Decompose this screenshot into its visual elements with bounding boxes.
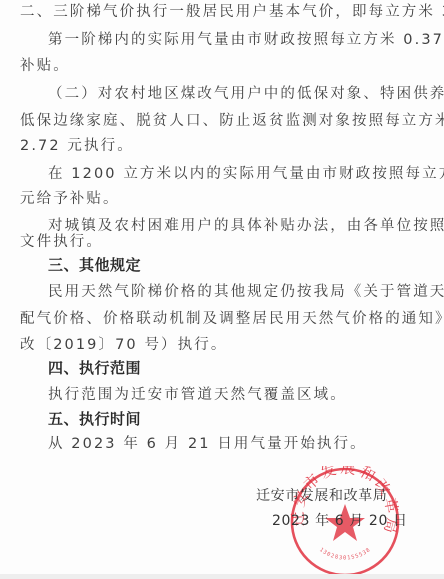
paragraph-line: 二、三阶梯气价执行一般居民用户基本气价，即每立方米 3.13 元。 xyxy=(20,3,430,21)
svg-text:1302830155538: 1302830155538 xyxy=(318,547,372,562)
section-heading-effective-date: 五、执行时间 xyxy=(48,410,141,428)
paragraph-line: （二）对农村地区煤改气用户中的低保对象、特困供养人员、 xyxy=(48,85,444,103)
paragraph-line: 执行范围为迁安市管道天然气覆盖区域。 xyxy=(48,386,444,404)
paragraph-line: 民用天然气阶梯价格的其他规定仍按我局《关于管道天然气 xyxy=(48,283,444,301)
paragraph-line: 改〔2019〕70 号）执行。 xyxy=(20,336,430,354)
paragraph-line: 第一阶梯内的实际用气量由市财政按照每立方米 0.37 元给予 xyxy=(48,31,444,49)
paragraph-line: 元给予补贴。 xyxy=(20,190,430,208)
signature-organization: 迁安市发展和改革局 xyxy=(256,487,426,505)
signature-date: 2023 年 6 月 20 日 xyxy=(272,512,442,530)
document-page: 二、三阶梯气价执行一般居民用户基本气价，即每立方米 3.13 元。 第一阶梯内的… xyxy=(0,0,444,574)
section-heading-scope: 四、执行范围 xyxy=(48,359,141,377)
page-bottom-edge xyxy=(0,574,444,579)
paragraph-line: 配气价格、价格联动机制及调整居民用天然气价格的通知》(迁发 xyxy=(20,310,430,328)
section-heading-other-rules: 三、其他规定 xyxy=(48,256,141,274)
paragraph-line: 文件执行。 xyxy=(20,233,430,251)
paragraph-line: 在 1200 立方米以内的实际用气量由市财政按照每立方米 0.37 xyxy=(48,165,444,183)
paragraph-line: 补贴。 xyxy=(20,57,430,75)
paragraph-line: 从 2023 年 6 月 21 日用气量开始执行。 xyxy=(48,435,444,453)
paragraph-line: 2.72 元执行。 xyxy=(20,137,430,155)
paragraph-line: 低保边缘家庭、脱贫人口、防止返贫监测对象按照每立方米价格 xyxy=(20,112,430,130)
